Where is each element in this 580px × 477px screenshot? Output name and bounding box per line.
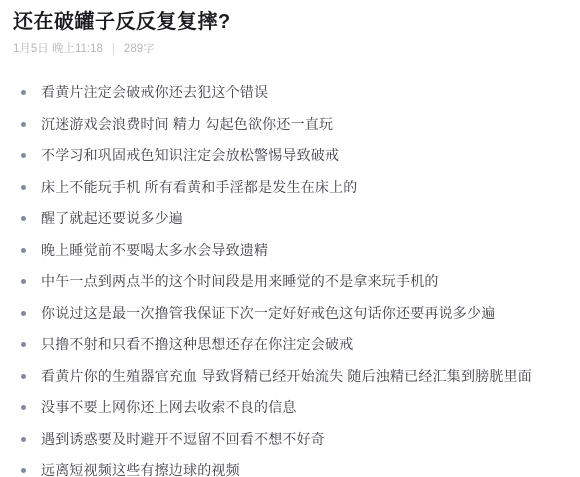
bullet-icon <box>21 468 26 473</box>
list-item: 远离短视频这些有擦边球的视频 <box>13 461 564 477</box>
bullet-icon <box>21 153 26 158</box>
bullet-icon <box>21 185 26 190</box>
list-item: 醒了就起还要说多少遍 <box>13 209 564 229</box>
list-item: 沉迷游戏会浪费时间 精力 勾起色欲你还一直玩 <box>13 115 564 135</box>
meta-divider <box>113 43 114 55</box>
list-item: 晚上睡觉前不要喝太多水会导致遗精 <box>13 241 564 261</box>
bullet-icon <box>21 374 26 379</box>
list-item-text: 远离短视频这些有擦边球的视频 <box>41 461 240 477</box>
bullet-list: 看黄片注定会破戒你还去犯这个错误 沉迷游戏会浪费时间 精力 勾起色欲你还一直玩 … <box>13 83 564 477</box>
bullet-icon <box>21 311 26 316</box>
list-item-text: 沉迷游戏会浪费时间 精力 勾起色欲你还一直玩 <box>41 115 333 135</box>
note-meta: 1月5日 晚上11:18 289字 <box>13 42 564 56</box>
list-item: 看黄片注定会破戒你还去犯这个错误 <box>13 83 564 103</box>
bullet-icon <box>21 90 26 95</box>
bullet-icon <box>21 122 26 127</box>
list-item: 只撸不射和只看不撸这种思想还存在你注定会破戒 <box>13 335 564 355</box>
list-item-text: 床上不能玩手机 所有看黄和手淫都是发生在床上的 <box>41 178 358 198</box>
list-item-text: 你说过这是最一次撸管我保证下次一定好好戒色这句话你还要再说多少遍 <box>41 304 495 324</box>
list-item-text: 看黄片你的生殖器官充血 导致肾精已经开始流失 随后浊精已经汇集到膀胱里面 <box>41 367 532 387</box>
note-content: 还在破罐子反反复复摔? 1月5日 晚上11:18 289字 看黄片注定会破戒你还… <box>0 0 580 477</box>
list-item-text: 看黄片注定会破戒你还去犯这个错误 <box>41 83 268 103</box>
list-item-text: 没事不要上网你还上网去收索不良的信息 <box>41 398 297 418</box>
bullet-icon <box>21 216 26 221</box>
list-item-text: 晚上睡觉前不要喝太多水会导致遗精 <box>41 241 268 261</box>
list-item-text: 只撸不射和只看不撸这种思想还存在你注定会破戒 <box>41 335 353 355</box>
note-word-count: 289字 <box>124 42 155 56</box>
note-title: 还在破罐子反反复复摔? <box>13 10 564 34</box>
list-item: 你说过这是最一次撸管我保证下次一定好好戒色这句话你还要再说多少遍 <box>13 304 564 324</box>
list-item: 中午一点到两点半的这个时间段是用来睡觉的不是拿来玩手机的 <box>13 272 564 292</box>
bullet-icon <box>21 437 26 442</box>
list-item: 床上不能玩手机 所有看黄和手淫都是发生在床上的 <box>13 178 564 198</box>
list-item-text: 中午一点到两点半的这个时间段是用来睡觉的不是拿来玩手机的 <box>41 272 439 292</box>
list-item-text: 遇到诱惑要及时避开不逗留不回看不想不好奇 <box>41 430 325 450</box>
bullet-icon <box>21 405 26 410</box>
list-item: 遇到诱惑要及时避开不逗留不回看不想不好奇 <box>13 430 564 450</box>
list-item: 看黄片你的生殖器官充血 导致肾精已经开始流失 随后浊精已经汇集到膀胱里面 <box>13 367 564 387</box>
list-item-text: 不学习和巩固戒色知识注定会放松警惕导致破戒 <box>41 146 339 166</box>
list-item: 没事不要上网你还上网去收索不良的信息 <box>13 398 564 418</box>
bullet-icon <box>21 342 26 347</box>
bullet-icon <box>21 279 26 284</box>
note-page: 还在破罐子反反复复摔? 1月5日 晚上11:18 289字 看黄片注定会破戒你还… <box>0 0 580 477</box>
list-item-text: 醒了就起还要说多少遍 <box>41 209 183 229</box>
bullet-icon <box>21 248 26 253</box>
list-item: 不学习和巩固戒色知识注定会放松警惕导致破戒 <box>13 146 564 166</box>
note-date: 1月5日 晚上11:18 <box>13 42 103 56</box>
